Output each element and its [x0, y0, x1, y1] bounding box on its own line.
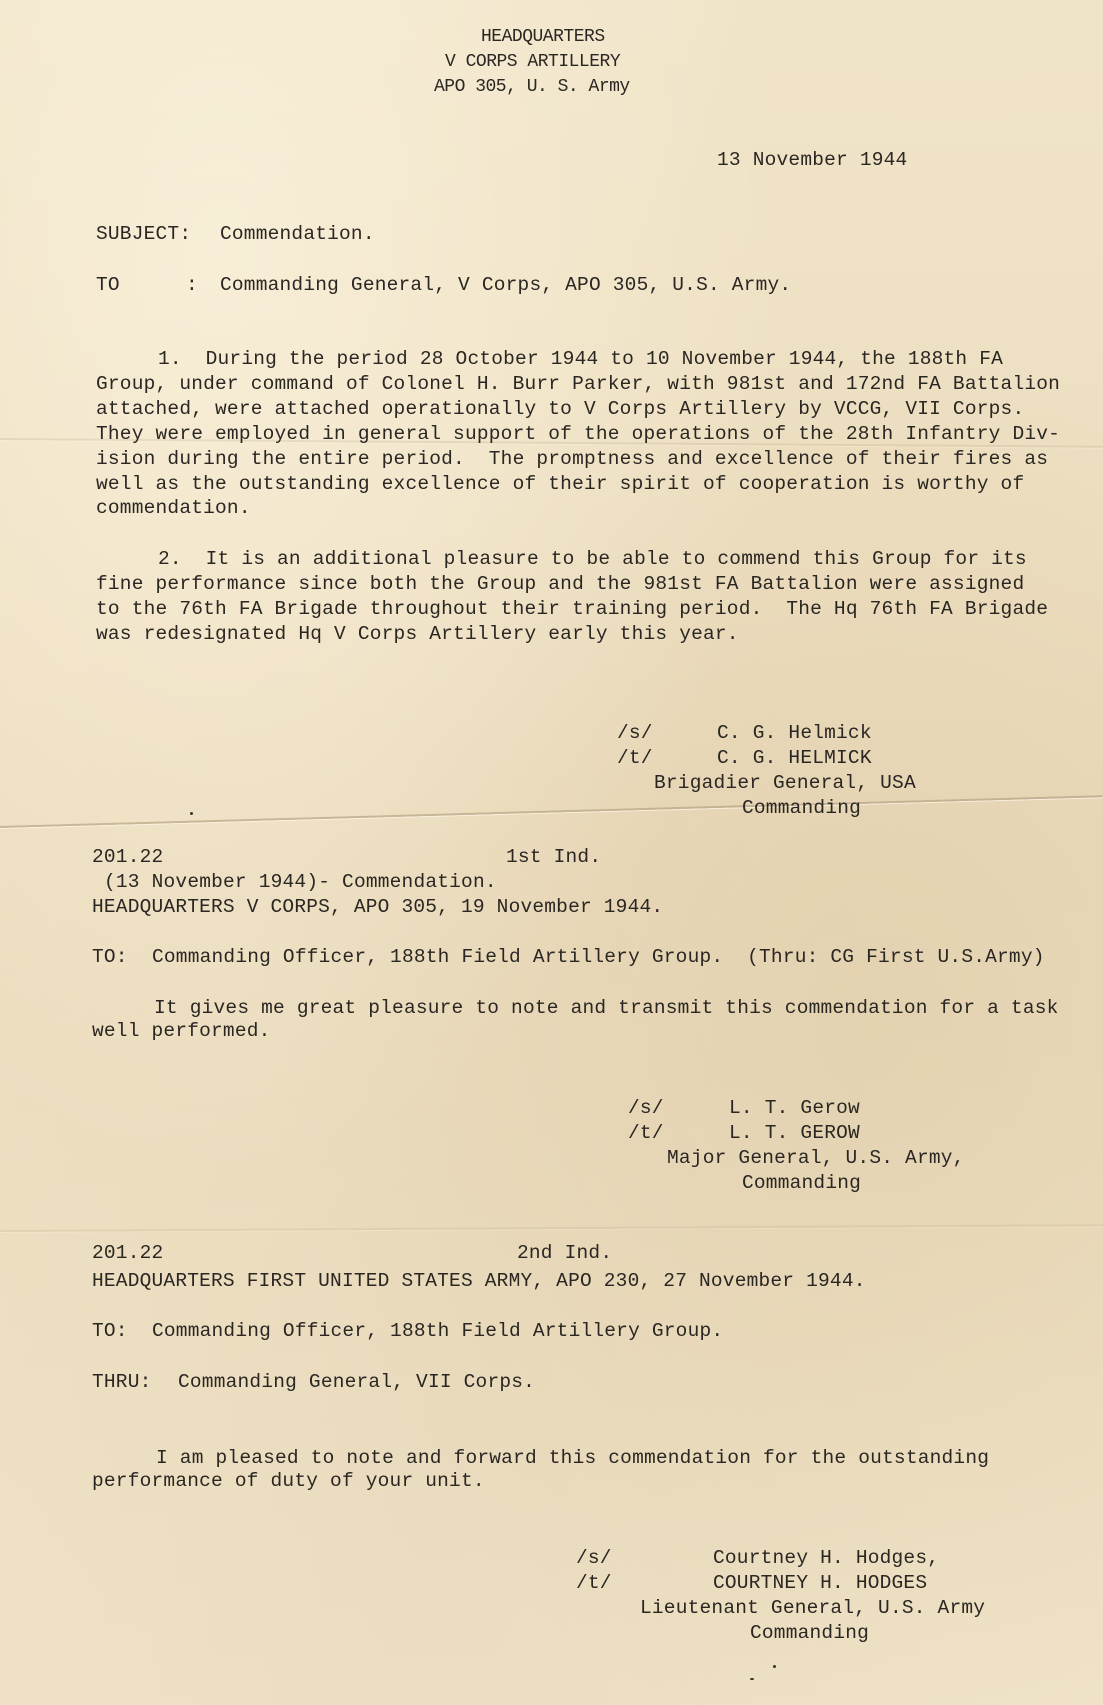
paper-crease: [0, 1224, 1103, 1232]
paragraph-1-line: 1. During the period 28 October 1944 to …: [158, 348, 1003, 370]
to-separator: :: [186, 274, 198, 296]
signer-rank: Major General, U.S. Army,: [667, 1147, 965, 1169]
signed-mark: /s/: [617, 722, 653, 744]
to-value: Commanding General, V Corps, APO 305, U.…: [220, 274, 791, 296]
paragraph-1-line: ision during the entire period. The prom…: [96, 448, 1048, 470]
file-number: 201.22: [92, 846, 163, 868]
letterhead-line-3: APO 305, U. S. Army: [434, 76, 630, 98]
signer-name: L. T. Gerow: [729, 1097, 860, 1119]
indorsement-origin: HEADQUARTERS FIRST UNITED STATES ARMY, A…: [92, 1270, 866, 1292]
indorsement-body-line: It gives me great pleasure to note and t…: [154, 997, 1059, 1019]
to-label: TO: [96, 274, 120, 296]
signer-rank: Brigadier General, USA: [654, 772, 916, 794]
ink-speck: [773, 1665, 776, 1668]
paragraph-1-line: commendation.: [96, 497, 251, 519]
signer-name-typed: C. G. HELMICK: [717, 747, 872, 769]
paragraph-1-line: attached, were attached operationally to…: [96, 398, 1024, 420]
indorsement-body-line: performance of duty of your unit.: [92, 1470, 485, 1492]
signer-name: C. G. Helmick: [717, 722, 872, 744]
indorsement-body-line: I am pleased to note and forward this co…: [156, 1447, 989, 1469]
signed-mark: /s/: [576, 1547, 612, 1569]
indorsement-to-label: TO:: [92, 1320, 128, 1342]
indorsement-to-value: Commanding Officer, 188th Field Artiller…: [152, 946, 1045, 968]
signer-rank: Lieutenant General, U.S. Army: [640, 1597, 985, 1619]
typed-mark: /t/: [628, 1122, 664, 1144]
paragraph-2-line: fine performance since both the Group an…: [96, 573, 1024, 595]
signer-role: Commanding: [742, 797, 861, 819]
subject-value: Commendation.: [220, 223, 375, 245]
typed-mark: /t/: [576, 1572, 612, 1594]
letterhead-line-2: V CORPS ARTILLERY: [445, 51, 620, 73]
indorsement-thru-label: THRU:: [92, 1371, 152, 1393]
paragraph-2-line: was redesignated Hq V Corps Artillery ea…: [96, 623, 739, 645]
indorsement-origin: HEADQUARTERS V CORPS, APO 305, 19 Novemb…: [92, 896, 663, 918]
signed-mark: /s/: [628, 1097, 664, 1119]
signer-role: Commanding: [742, 1172, 861, 1194]
ink-speck: [750, 1678, 754, 1680]
indorsement-thru-value: Commanding General, VII Corps.: [178, 1371, 535, 1393]
file-number: 201.22: [92, 1242, 163, 1264]
paragraph-1-line: well as the outstanding excellence of th…: [96, 473, 1024, 495]
subject-label: SUBJECT:: [96, 223, 191, 245]
indorsement-to-label: TO:: [92, 946, 128, 968]
indorsement-to-value: Commanding Officer, 188th Field Artiller…: [152, 1320, 723, 1342]
typed-mark: /t/: [617, 747, 653, 769]
ink-speck: [190, 812, 193, 815]
paper-crease: [0, 795, 1103, 828]
signer-name-typed: COURTNEY H. HODGES: [713, 1572, 927, 1594]
indorsement-title: 2nd Ind.: [517, 1242, 612, 1264]
paragraph-2-line: 2. It is an additional pleasure to be ab…: [158, 548, 1027, 570]
signer-name: Courtney H. Hodges,: [713, 1547, 939, 1569]
paragraph-1-line: Group, under command of Colonel H. Burr …: [96, 373, 1060, 395]
indorsement-body-line: well performed.: [92, 1020, 271, 1042]
paragraph-1-line: They were employed in general support of…: [96, 423, 1060, 445]
letterhead-line-1: HEADQUARTERS: [481, 26, 605, 48]
paragraph-2-line: to the 76th FA Brigade throughout their …: [96, 598, 1048, 620]
indorsement-title: 1st Ind.: [506, 846, 601, 868]
signer-role: Commanding: [750, 1622, 869, 1644]
indorsement-reference: (13 November 1944)- Commendation.: [104, 871, 497, 893]
signer-name-typed: L. T. GEROW: [729, 1122, 860, 1144]
letter-date: 13 November 1944: [717, 149, 907, 171]
